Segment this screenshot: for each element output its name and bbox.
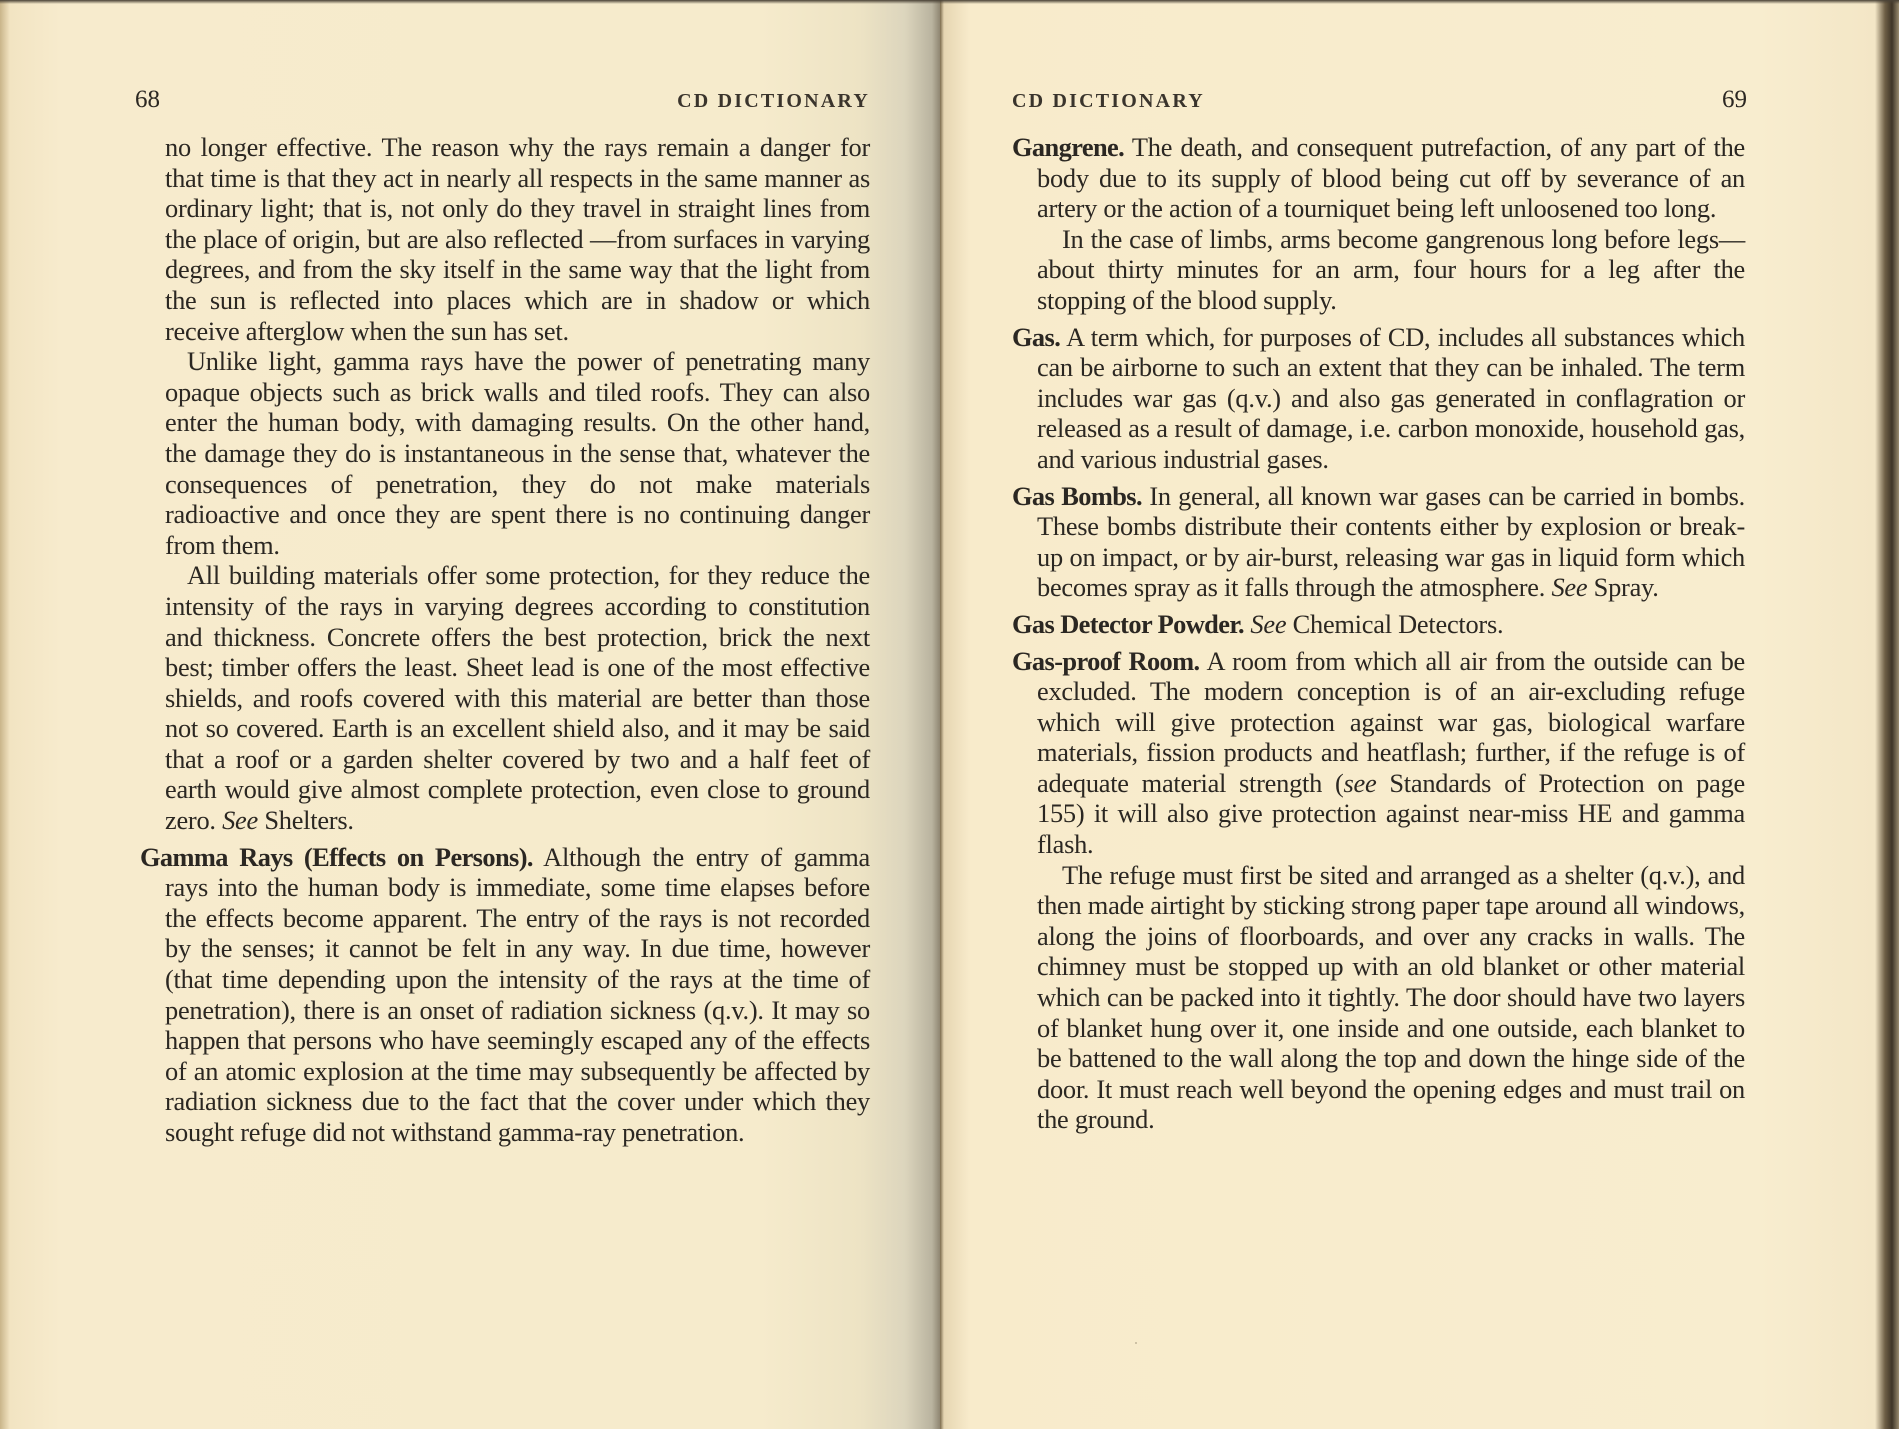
page-top-edge bbox=[0, 0, 1899, 4]
page-number: 68 bbox=[135, 86, 160, 114]
cross-reference-target: Spray. bbox=[1587, 572, 1658, 602]
cross-reference-target: Chemical Detectors. bbox=[1286, 609, 1503, 639]
entry-headword: Gas Detector Powder. bbox=[1012, 609, 1244, 639]
continuation-paragraph: Unlike light, gamma rays have the power … bbox=[165, 346, 870, 560]
entry-paragraph: The refuge must first be sited and arran… bbox=[1037, 860, 1745, 1135]
see-reference: See bbox=[1250, 609, 1286, 639]
cross-reference-target: Shelters. bbox=[258, 805, 354, 835]
dictionary-entry: Gas Detector Powder. See Chemical Detect… bbox=[1012, 609, 1745, 640]
entry-definition: Although the entry of gamma rays into th… bbox=[165, 842, 870, 1147]
running-head: CD DICTIONARY bbox=[677, 90, 870, 113]
dictionary-entry: Gas Bombs. In general, all known war gas… bbox=[1012, 481, 1745, 603]
entry-paragraph: In the case of limbs, arms become gangre… bbox=[1037, 224, 1745, 316]
see-reference: See bbox=[222, 805, 258, 835]
entry-headword: Gangrene. bbox=[1012, 132, 1124, 162]
page-number: 69 bbox=[1722, 86, 1747, 114]
paper-speck bbox=[760, 880, 762, 882]
see-reference: See bbox=[1551, 572, 1587, 602]
right-page: CD DICTIONARY 69 Gangrene. The death, an… bbox=[940, 0, 1899, 1429]
dictionary-entry: Gas-proof Room. A room from which all ai… bbox=[1012, 646, 1745, 1136]
paper-speck bbox=[1135, 1342, 1137, 1344]
entry-headword: Gas Bombs. bbox=[1012, 481, 1142, 511]
left-page: 68 CD DICTIONARY no longer effective. Th… bbox=[0, 0, 940, 1429]
running-head: CD DICTIONARY bbox=[1012, 90, 1205, 113]
dictionary-entry: Gamma Rays (Effects on Persons). Althoug… bbox=[140, 842, 870, 1148]
entry-headword: Gamma Rays (Effects on Persons). bbox=[140, 842, 533, 872]
continuation-paragraph: no longer effective. The reason why the … bbox=[165, 132, 870, 346]
dictionary-entry: Gangrene. The death, and consequent putr… bbox=[1012, 132, 1745, 316]
page-body: Gangrene. The death, and consequent putr… bbox=[1012, 132, 1745, 1141]
dictionary-entry: Gas. A term which, for purposes of CD, i… bbox=[1012, 322, 1745, 475]
page-body: no longer effective. The reason why the … bbox=[140, 132, 870, 1154]
continuation-paragraph: All building materials offer some protec… bbox=[165, 560, 870, 835]
entry-headword: Gas. bbox=[1012, 322, 1060, 352]
paper-speck bbox=[1158, 940, 1160, 942]
entry-definition: The death, and consequent putrefaction, … bbox=[1037, 132, 1745, 223]
entry-headword: Gas-proof Room. bbox=[1012, 646, 1200, 676]
see-reference: see bbox=[1344, 768, 1377, 798]
book-spread: 68 CD DICTIONARY no longer effective. Th… bbox=[0, 0, 1899, 1429]
entry-definition: A term which, for purposes of CD, includ… bbox=[1037, 322, 1745, 474]
